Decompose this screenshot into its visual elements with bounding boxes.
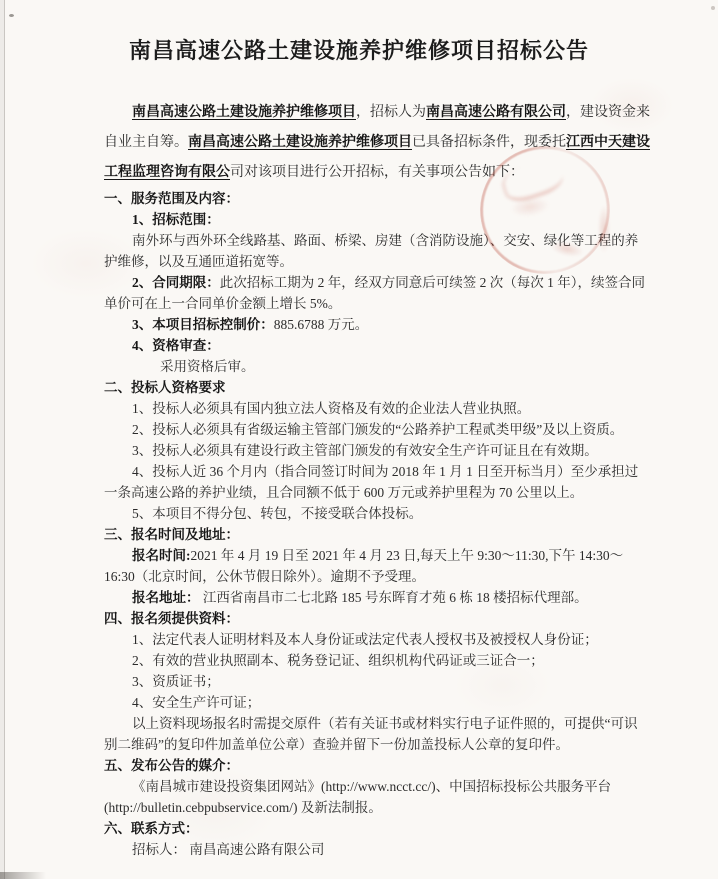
text-segment: 5、本项目不得分包、转包，不接受联合体投标。 <box>132 506 422 521</box>
doc-line: 1、投标人必须具有国内独立法人资格及有效的企业法人营业执照。 <box>104 398 718 419</box>
text-segment: 3、本项目招标控制价： <box>132 317 274 332</box>
doc-line: 《南昌城市建设投资集团网站》(http://www.ncct.cc/)、中国招标… <box>104 776 718 797</box>
text-segment: 别二维码”的复印件加盖单位公章）查验并留下一份加盖投标人公章的复印件。 <box>104 737 569 752</box>
doc-line: 以上资料现场报名时需提交原件（若有关证书或材料实行电子证件照的，可提供“可识 <box>104 713 718 734</box>
doc-line: 别二维码”的复印件加盖单位公章）查验并留下一份加盖投标人公章的复印件。 <box>104 734 718 755</box>
text-segment: 885.6788 万元。 <box>274 317 369 332</box>
text-segment: 三、报名时间及地址： <box>104 527 239 542</box>
doc-line: 报名地址： 江西省南昌市二七北路 185 号东晖育才苑 6 栋 18 楼招标代理… <box>104 587 718 608</box>
text-segment: 工程监理咨询有限公 <box>104 165 230 180</box>
text-segment: 此次招标工期为 2 年，经双方同意后可续签 2 次（每次 1 年），续签合同 <box>220 275 645 290</box>
text-segment: 已具备招标条件，现委托 <box>412 135 566 150</box>
doc-line: 单价可在上一合同单价金额上增长 5%。 <box>104 293 718 314</box>
text-segment: 16:30（北京时间，公休节假日除外）。逾期不予受理。 <box>104 569 425 584</box>
text-segment: 1、投标人必须具有国内独立法人资格及有效的企业法人营业执照。 <box>132 401 530 416</box>
doc-line: 16:30（北京时间，公休节假日除外）。逾期不予受理。 <box>104 566 718 587</box>
scan-edge-artifact <box>0 872 46 879</box>
text-segment: 一、服务范围及内容： <box>104 191 239 206</box>
text-segment: 2、合同期限： <box>132 275 220 290</box>
text-segment: 3、投标人必须具有建设行政主管部门颁发的有效安全生产许可证且在有效期。 <box>132 443 598 458</box>
doc-line: 2、投标人必须具有省级运输主管部门颁发的“公路养护工程贰类甲级”及以上资质。 <box>104 419 718 440</box>
document-body: 南昌高速公路土建设施养护维修项目，招标人为南昌高速公路有限公司，建设资金来自业主… <box>0 98 718 860</box>
scan-speck <box>711 6 715 10</box>
text-segment: 以上资料现场报名时需提交原件（若有关证书或材料实行电子证件照的，可提供“可识 <box>132 716 638 731</box>
doc-line: 2、合同期限：此次招标工期为 2 年，经双方同意后可续签 2 次（每次 1 年）… <box>104 272 718 293</box>
doc-line: 1、法定代表人证明材料及本人身份证或法定代表人授权书及被授权人身份证； <box>104 629 718 650</box>
doc-line: 2、有效的营业执照副本、税务登记证、组织机构代码证或三证合一； <box>104 650 718 671</box>
text-segment: 护维修，以及互通匝道拓宽等。 <box>104 254 293 269</box>
text-segment: 四、报名须提供资料： <box>104 611 239 626</box>
scan-edge-artifact <box>0 0 5 879</box>
text-segment: (http://bulletin.cebpubservice.com/) 及新法… <box>104 800 382 815</box>
doc-line: 二、投标人资格要求 <box>104 377 718 398</box>
doc-line: 工程监理咨询有限公司对该项目进行公开招标，有关事项公告如下： <box>104 158 718 188</box>
text-segment: 南昌高速公路土建设施养护维修项目 <box>188 135 412 150</box>
doc-line: (http://bulletin.cebpubservice.com/) 及新法… <box>104 797 718 818</box>
doc-line: 4、资格审查： <box>104 335 718 356</box>
text-segment: 2、投标人必须具有省级运输主管部门颁发的“公路养护工程贰类甲级”及以上资质。 <box>132 422 623 437</box>
text-segment: 《南昌城市建设投资集团网站》(http://www.ncct.cc/)、中国招标… <box>132 779 611 794</box>
text-segment: 南外环与西外环全线路基、路面、桥梁、房建（含消防设施）、交安、绿化等工程的养 <box>132 233 638 248</box>
text-segment: ，建设资金来 <box>566 105 650 120</box>
document-title: 南昌高速公路土建设施养护维修项目招标公告 <box>0 36 718 66</box>
text-segment: 江西中天建设 <box>566 135 650 150</box>
doc-line: 3、资质证书； <box>104 671 718 692</box>
text-segment: 单价可在上一合同单价金额上增长 5%。 <box>104 296 341 311</box>
text-segment: 招标人： 南昌高速公路有限公司 <box>132 842 324 857</box>
doc-line: 一条高速公路的养护业绩，且合同额不低于 600 万元或养护里程为 70 公里以上… <box>104 482 718 503</box>
text-segment: 2、有效的营业执照副本、税务登记证、组织机构代码证或三证合一； <box>132 653 544 668</box>
doc-line: 自业主自筹。南昌高速公路土建设施养护维修项目已具备招标条件，现委托江西中天建设 <box>104 128 718 158</box>
text-segment: 六、联系方式： <box>104 821 199 836</box>
doc-line: 五、发布公告的媒介： <box>104 755 718 776</box>
text-segment: 4、投标人近 36 个月内（指合同签订时间为 2018 年 1 月 1 日至开标… <box>132 464 638 479</box>
text-segment: 江西省南昌市二七北路 185 号东晖育才苑 6 栋 18 楼招标代理部。 <box>200 590 588 605</box>
doc-line: 5、本项目不得分包、转包，不接受联合体投标。 <box>104 503 718 524</box>
text-segment: 4、安全生产许可证； <box>132 695 260 710</box>
doc-line: 4、安全生产许可证； <box>104 692 718 713</box>
doc-line: 3、本项目招标控制价：885.6788 万元。 <box>104 314 718 335</box>
text-segment: 报名时间: <box>132 548 191 563</box>
doc-line: 南外环与西外环全线路基、路面、桥梁、房建（含消防设施）、交安、绿化等工程的养 <box>104 230 718 251</box>
doc-line: 采用资格后审。 <box>104 356 718 377</box>
text-segment: 五、发布公告的媒介： <box>104 758 239 773</box>
doc-line: 六、联系方式： <box>104 818 718 839</box>
text-segment: 一条高速公路的养护业绩，且合同额不低于 600 万元或养护里程为 70 公里以上… <box>104 485 583 500</box>
doc-line: 4、投标人近 36 个月内（指合同签订时间为 2018 年 1 月 1 日至开标… <box>104 461 718 482</box>
doc-line: 一、服务范围及内容： <box>104 188 718 209</box>
text-segment: 南昌高速公路有限公司 <box>426 105 566 120</box>
doc-line: 招标人： 南昌高速公路有限公司 <box>104 839 718 860</box>
scan-speck <box>9 14 14 17</box>
text-segment: 4、资格审查： <box>132 338 220 353</box>
doc-line: 四、报名须提供资料： <box>104 608 718 629</box>
text-segment: 报名地址： <box>132 590 200 605</box>
text-segment: 自业主自筹。 <box>104 135 188 150</box>
text-segment: 南昌高速公路土建设施养护维修项目 <box>132 105 356 120</box>
text-segment: 采用资格后审。 <box>160 359 255 374</box>
text-segment: 3、资质证书； <box>132 674 220 689</box>
text-segment: 1、招标范围： <box>132 212 220 227</box>
text-segment: ，招标人为 <box>356 105 426 120</box>
text-segment: 司对该项目进行公开招标，有关事项公告如下： <box>230 165 524 180</box>
doc-line: 南昌高速公路土建设施养护维修项目，招标人为南昌高速公路有限公司，建设资金来 <box>104 98 718 128</box>
doc-line: 3、投标人必须具有建设行政主管部门颁发的有效安全生产许可证且在有效期。 <box>104 440 718 461</box>
scanned-document-page: 南昌高速公路土建设施养护维修项目招标公告 南昌高速公路土建设施养护维修项目，招标… <box>0 0 718 879</box>
text-segment: 1、法定代表人证明材料及本人身份证或法定代表人授权书及被授权人身份证； <box>132 632 598 647</box>
doc-line: 1、招标范围： <box>104 209 718 230</box>
doc-line: 三、报名时间及地址： <box>104 524 718 545</box>
text-segment: 2021 年 4 月 19 日至 2021 年 4 月 23 日,每天上午 9:… <box>191 548 624 563</box>
doc-line: 报名时间:2021 年 4 月 19 日至 2021 年 4 月 23 日,每天… <box>104 545 718 566</box>
text-segment: 二、投标人资格要求 <box>104 380 226 395</box>
doc-line: 护维修，以及互通匝道拓宽等。 <box>104 251 718 272</box>
